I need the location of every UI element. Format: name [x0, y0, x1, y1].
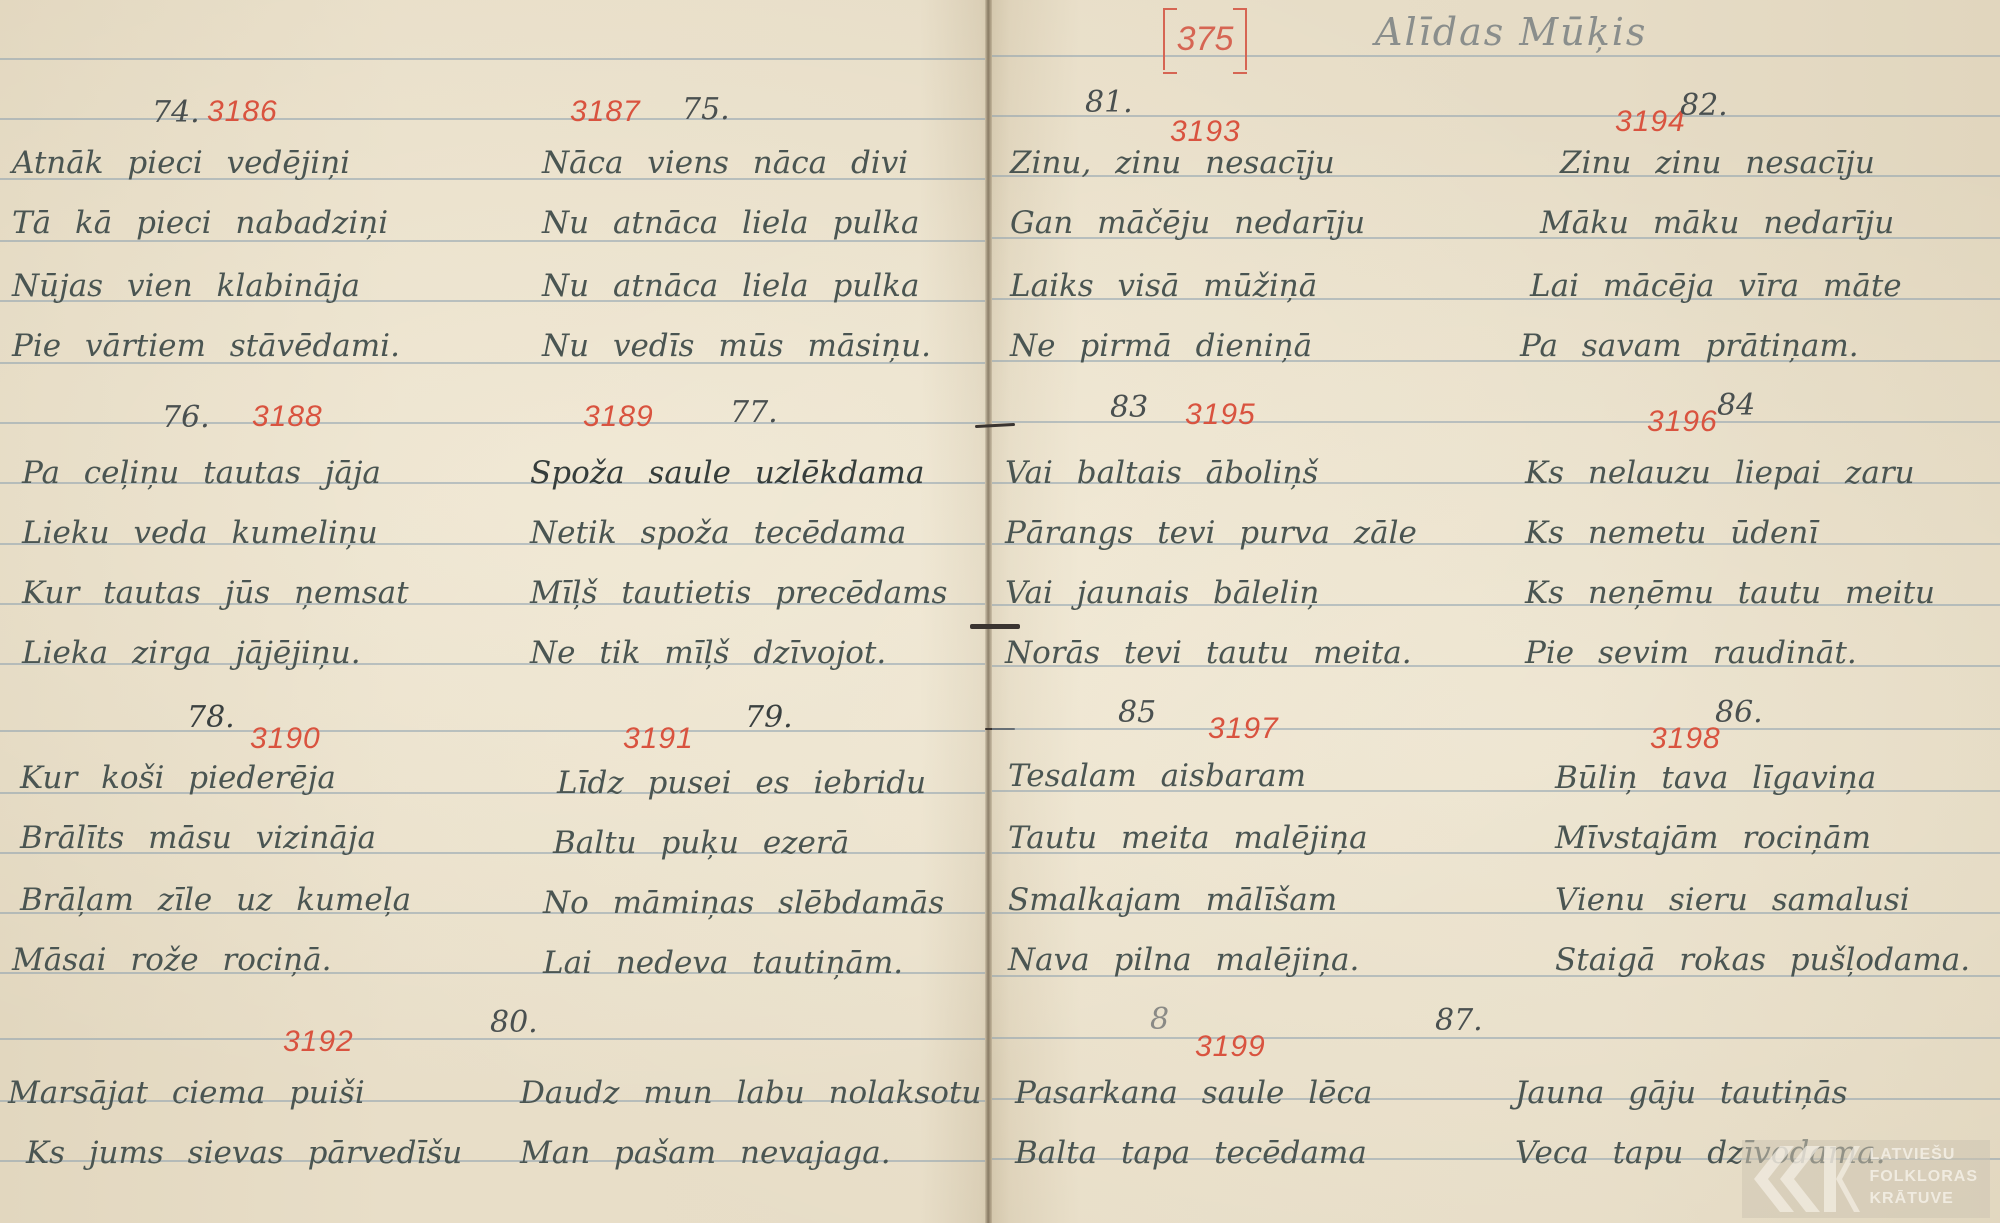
verse-line: Brāļam zīle uz kumeļa	[20, 882, 411, 918]
verse-line: Zinu, zinu nesacīju	[1010, 145, 1335, 181]
watermark-text: LATVIEŠU FOLKLORAS KRĀTUVE	[1869, 1144, 1978, 1210]
verse-line: Ne tik mīļš dzīvojot.	[530, 635, 886, 671]
watermark-line: FOLKLORAS	[1869, 1166, 1978, 1188]
verse-line: Lieka zirga jājējiņu.	[22, 635, 361, 671]
verse-line: Māku māku nedarīju	[1540, 205, 1894, 241]
verse-line: Smalkajam mālīšam	[1008, 882, 1337, 918]
archive-id: 3189	[583, 400, 654, 434]
verse-line: Māsai rože rociņā.	[12, 942, 331, 978]
song-number: 74.	[152, 95, 200, 130]
song-number: 85	[1118, 695, 1156, 730]
left-page: 74. 3186 Atnāk pieci vedējiņi Tā kā piec…	[0, 0, 985, 1223]
verse-line: Lai mācēja vīra māte	[1530, 268, 1902, 304]
verse-line: Tautu meita malējiņa	[1008, 820, 1368, 856]
archive-id: 3199	[1195, 1030, 1266, 1064]
verse-line: Pasarkana saule lēca	[1015, 1075, 1372, 1111]
verse-line: Pa savam prātiņam.	[1520, 328, 1859, 364]
archive-id: 3187	[570, 95, 641, 129]
verse-line: Spoža saule uzlēkdama	[530, 455, 924, 491]
song-number: 80.	[490, 1005, 538, 1040]
verse-line: Tā kā pieci nabadziņi	[12, 205, 388, 241]
page-number-stamp: 375	[1163, 8, 1247, 70]
verse-line: No māmiņas slēbdamās	[543, 885, 944, 921]
verse-line: Ks nelauzu liepai zaru	[1525, 455, 1915, 491]
song-number: 79.	[745, 700, 793, 735]
verse-line: Ks neņēmu tautu meitu	[1525, 575, 1935, 611]
verse-line: Daudz mun labu nolaksotu	[520, 1075, 981, 1111]
verse-line: Nu atnāca liela pulka	[542, 205, 919, 241]
song-number: 84	[1717, 388, 1755, 423]
archive-id: 3195	[1185, 398, 1256, 432]
verse-line: Vienu sieru samalusi	[1555, 882, 1910, 918]
verse-line: Ks nemetu ūdenī	[1525, 515, 1818, 551]
verse-line: Staigā rokas pušļodama.	[1555, 942, 1970, 978]
ruled-line	[0, 58, 985, 60]
verse-line: Pa ceļiņu tautas jāja	[22, 455, 381, 491]
verse-line: Vai jaunais bāleliņ	[1005, 575, 1319, 611]
archive-id: 3198	[1650, 722, 1721, 756]
archive-id: 3190	[250, 722, 321, 756]
song-number: 78.	[187, 700, 235, 735]
verse-line: Ks jums sievas pārvedīšu	[26, 1135, 462, 1171]
verse-line: Lieku veda kumeliņu	[22, 515, 378, 551]
ruled-line	[992, 1037, 2000, 1039]
archive-id: 3197	[1208, 712, 1279, 746]
ruled-line	[0, 118, 985, 120]
verse-line: Netik spoža tecēdama	[530, 515, 906, 551]
verse-line: Nāca viens nāca divi	[542, 145, 908, 181]
archive-id: 3188	[252, 400, 323, 434]
verse-line: Tesalam aisbaram	[1008, 758, 1306, 794]
verse-line: Marsājat ciema puiši	[8, 1075, 365, 1111]
archive-id: 3194	[1615, 105, 1686, 139]
notebook-spread: 74. 3186 Atnāk pieci vedējiņi Tā kā piec…	[0, 0, 2000, 1223]
song-number: 75.	[682, 92, 730, 127]
verse-line: Baltu puķu ezerā	[553, 825, 849, 861]
song-number: 83	[1110, 390, 1148, 425]
verse-line: Mīvstajām rociņām	[1555, 820, 1871, 856]
song-number: 77.	[730, 395, 778, 430]
watermark-line: LATVIEŠU	[1869, 1144, 1978, 1166]
verse-line: Atnāk pieci vedējiņi	[12, 145, 350, 181]
verse-line: Kur tautas jūs ņemsat	[22, 575, 409, 611]
verse-line: Nu vedīs mūs māsiņu.	[542, 328, 931, 364]
song-number: 76.	[162, 400, 210, 435]
verse-line: Pie vārtiem stāvēdami.	[12, 328, 400, 364]
verse-line: Lai nedeva tautiņām.	[543, 945, 903, 981]
ruled-line	[0, 730, 985, 732]
archive-id: 3192	[283, 1025, 354, 1059]
archive-id: 3191	[623, 722, 694, 756]
verse-line: Ne pirmā dieniņā	[1010, 328, 1312, 364]
archive-watermark: LATVIEŠU FOLKLORAS KRĀTUVE	[1742, 1140, 1990, 1218]
ruled-line	[992, 55, 2000, 57]
verse-line: Nūjas vien klabināja	[12, 268, 360, 304]
verse-line: Nava pilna malējiņa.	[1008, 942, 1359, 978]
watermark-line: KRĀTUVE	[1869, 1188, 1978, 1210]
verse-line: Balta tapa tecēdama	[1015, 1135, 1367, 1171]
verse-line: Mīļš tautietis precēdams	[530, 575, 947, 611]
verse-line: Brālīts māsu vizināja	[20, 820, 376, 856]
verse-line: Pie sevim raudināt.	[1525, 635, 1857, 671]
verse-line: Gan māčēju nedarīju	[1010, 205, 1365, 241]
song-number: 81.	[1085, 85, 1133, 120]
verse-line: Kur koši piederēja	[20, 760, 336, 796]
archive-id: 3196	[1647, 405, 1718, 439]
lfk-logo-icon	[1750, 1146, 1860, 1212]
song-number: 87.	[1435, 1003, 1483, 1038]
song-number: 8	[1150, 1002, 1169, 1037]
page-fold	[985, 0, 992, 1223]
song-number: 82.	[1680, 88, 1728, 123]
verse-line: Būliņ tava līgaviņa	[1555, 760, 1876, 796]
verse-line: Jauna gāju tautiņās	[1515, 1075, 1848, 1111]
archive-id: 3186	[207, 95, 278, 129]
ruled-line	[0, 422, 985, 424]
verse-line: Norās tevi tautu meita.	[1005, 635, 1412, 671]
verse-line: Laiks visā mūžiņā	[1010, 268, 1317, 304]
verse-line: Vai baltais āboliņš	[1005, 455, 1318, 491]
verse-line: Nu atnāca liela pulka	[542, 268, 919, 304]
song-number: 86.	[1715, 695, 1763, 730]
verse-line: Pārangs tevi purva zāle	[1005, 515, 1417, 551]
collector-name: Alīdas Mūķis	[1375, 10, 1647, 54]
verse-line: Līdz pusei es iebridu	[557, 765, 926, 801]
right-page	[992, 0, 2000, 1223]
archive-id: 3193	[1170, 115, 1241, 149]
verse-line: Man pašam nevajaga.	[520, 1135, 891, 1171]
ruled-line	[992, 115, 2000, 117]
verse-line: Zinu zinu nesacīju	[1560, 145, 1875, 181]
